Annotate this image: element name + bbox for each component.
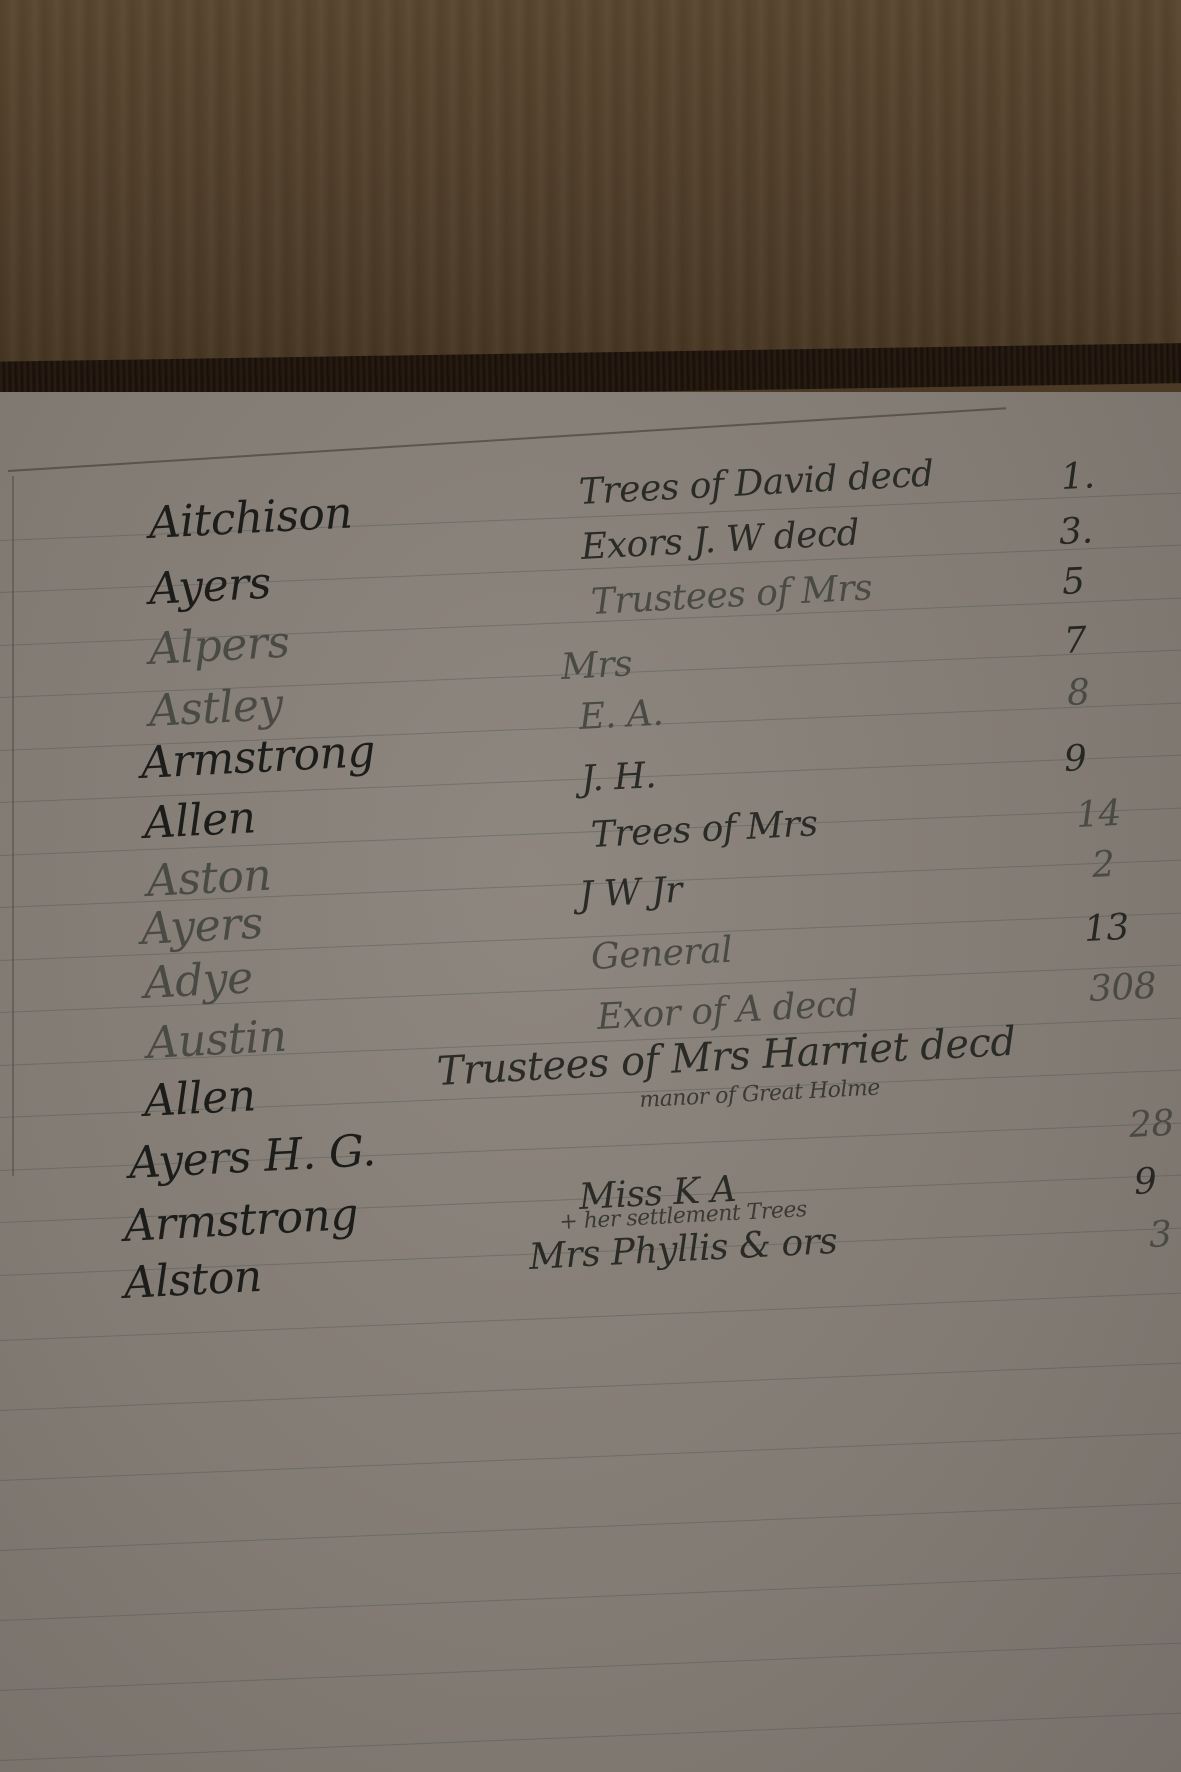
entry-surname: Alston	[123, 1255, 263, 1306]
entry-folio: 9	[1133, 1164, 1157, 1201]
entry-surname: Ayers	[140, 902, 264, 952]
entry-surname: Aitchison	[148, 491, 354, 546]
entry-surname: Allen	[143, 1074, 257, 1124]
entry-description: J W Jr	[578, 873, 683, 914]
entry-folio: 2	[1091, 847, 1115, 884]
entry-surname: Ayers H. G.	[128, 1129, 377, 1186]
entry-surname: Aston	[146, 854, 273, 904]
entry-folio: 8	[1066, 675, 1090, 712]
entry-folio: 3	[1148, 1217, 1172, 1254]
entry-folio: 5	[1061, 564, 1085, 601]
entry-folio: 308	[1088, 969, 1157, 1008]
wooden-table-surface	[0, 0, 1181, 380]
entry-folio: 7	[1063, 623, 1087, 660]
entry-surname: Austin	[146, 1015, 288, 1066]
entry-surname: Armstrong	[140, 730, 376, 786]
entry-folio: 9	[1063, 741, 1087, 778]
ledger-photo: Aitchison Trees of David decd 1. Ayers E…	[0, 0, 1181, 1772]
entry-description: J. H.	[580, 758, 657, 798]
entry-description: E. A.	[578, 696, 664, 736]
entry-surname: Astley	[148, 683, 284, 734]
page-margin-line	[12, 476, 14, 1176]
entry-folio: 3.	[1058, 513, 1093, 551]
entry-surname: Ayers	[148, 562, 272, 612]
entry-surname: Alpers	[148, 621, 291, 672]
entry-folio: 1.	[1060, 458, 1095, 496]
entry-folio: 14	[1075, 796, 1122, 834]
entry-surname: Armstrong	[123, 1193, 359, 1249]
entry-description: Mrs	[560, 646, 633, 686]
entry-folio: 13	[1083, 910, 1130, 948]
entry-surname: Allen	[143, 796, 257, 846]
entry-description: General	[590, 933, 733, 976]
entry-surname: Adye	[143, 956, 254, 1006]
entry-folio: 28	[1128, 1106, 1175, 1144]
